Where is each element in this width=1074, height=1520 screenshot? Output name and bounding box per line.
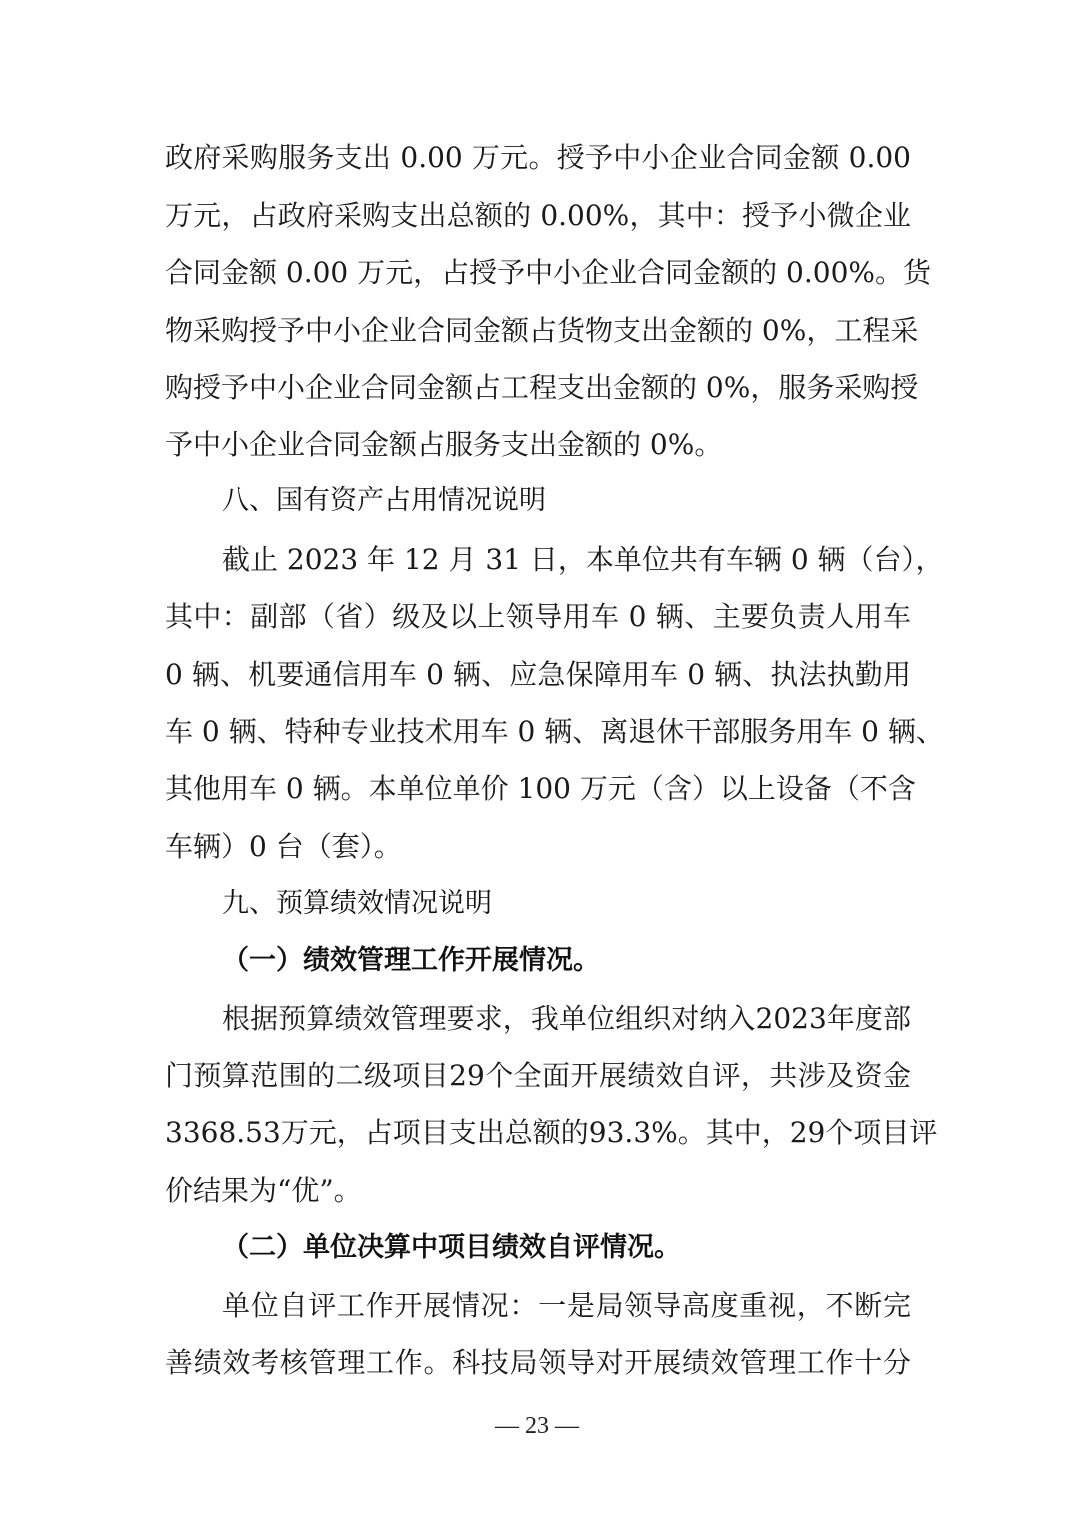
subsection-heading-self-evaluation: （二）单位决算中项目绩效自评情况。: [222, 1228, 681, 1268]
section-heading-performance: 九、预算绩效情况说明: [222, 884, 492, 924]
document-page: 政府采购服务支出 0.00 万元。授予中小企业合同金额 0.00 万元，占政府采…: [0, 0, 1074, 1520]
assets-line-3: 0 辆、机要通信用车 0 辆、应急保障用车 0 辆、执法执勤用: [165, 655, 911, 695]
procurement-line-5: 购授予中小企业合同金额占工程支出金额的 0%，服务采购授: [165, 368, 911, 408]
assets-line-5: 其他用车 0 辆。本单位单价 100 万元（含）以上设备（不含: [165, 769, 911, 809]
assets-line-2: 其中：副部（省）级及以上领导用车 0 辆、主要负责人用车: [165, 597, 911, 637]
performance-line-3: 3368.53万元，占项目支出总额的93.3%。其中，29个项目评: [165, 1113, 911, 1153]
performance-line-1: 根据预算绩效管理要求，我单位组织对纳入2023年度部: [222, 999, 911, 1039]
subsection-heading-management: （一）绩效管理工作开展情况。: [222, 941, 600, 981]
performance-line-2: 门预算范围的二级项目29个全面开展绩效自评，共涉及资金: [165, 1056, 911, 1096]
assets-line-1: 截止 2023 年 12 月 31 日，本单位共有车辆 0 辆（台），: [222, 540, 911, 580]
procurement-line-4: 物采购授予中小企业合同金额占货物支出金额的 0%，工程采: [165, 311, 911, 351]
procurement-line-6: 予中小企业合同金额占服务支出金额的 0%。: [165, 425, 911, 465]
assets-line-6: 车辆）0 台（套）。: [165, 827, 911, 867]
assets-line-4: 车 0 辆、特种专业技术用车 0 辆、离退休干部服务用车 0 辆、: [165, 712, 911, 752]
procurement-line-3: 合同金额 0.00 万元，占授予中小企业合同金额的 0.00%。货: [165, 253, 911, 293]
section-heading-assets: 八、国有资产占用情况说明: [222, 481, 546, 521]
self-eval-line-1: 单位自评工作开展情况：一是局领导高度重视，不断完: [222, 1286, 911, 1326]
page-number: — 23 —: [0, 1408, 1074, 1444]
performance-line-4: 价结果为“优”。: [165, 1171, 911, 1211]
self-eval-line-2: 善绩效考核管理工作。科技局领导对开展绩效管理工作十分: [165, 1343, 911, 1383]
procurement-line-1: 政府采购服务支出 0.00 万元。授予中小企业合同金额 0.00: [165, 138, 911, 178]
procurement-line-2: 万元，占政府采购支出总额的 0.00%，其中：授予小微企业: [165, 196, 911, 236]
